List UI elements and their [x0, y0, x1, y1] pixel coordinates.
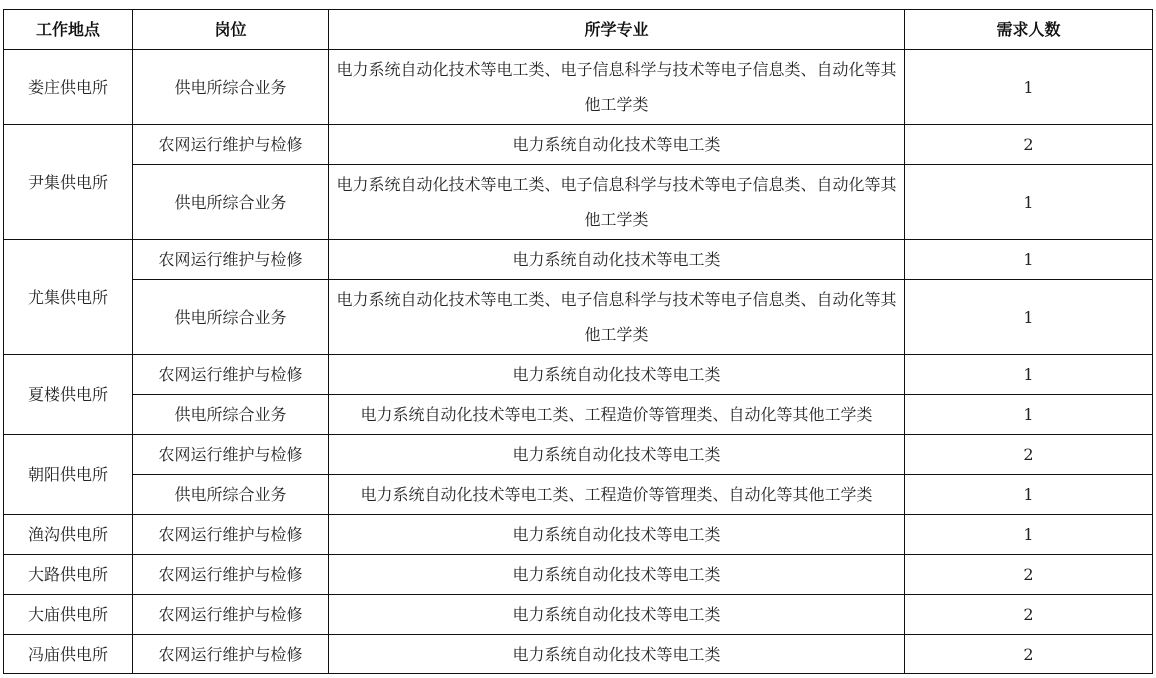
location-cell: 渔沟供电所: [4, 515, 133, 555]
header-row: 工作地点 岗位 所学专业 需求人数: [4, 10, 1153, 50]
header-position: 岗位: [133, 10, 329, 50]
table-row: 供电所综合业务 电力系统自动化技术等电工类、工程造价等管理类、自动化等其他工学类…: [4, 475, 1153, 515]
count-cell: 2: [905, 435, 1153, 475]
table-row: 尹集供电所 农网运行维护与检修 电力系统自动化技术等电工类 2: [4, 125, 1153, 165]
recruitment-table: 工作地点 岗位 所学专业 需求人数 娄庄供电所 供电所综合业务 电力系统自动化技…: [3, 9, 1153, 674]
major-cell: 电力系统自动化技术等电工类: [329, 125, 905, 165]
count-cell: 2: [905, 595, 1153, 635]
table-row: 渔沟供电所 农网运行维护与检修 电力系统自动化技术等电工类 1: [4, 515, 1153, 555]
location-cell: 娄庄供电所: [4, 50, 133, 125]
count-cell: 1: [905, 165, 1153, 240]
major-cell: 电力系统自动化技术等电工类: [329, 435, 905, 475]
major-cell: 电力系统自动化技术等电工类: [329, 595, 905, 635]
table-row: 娄庄供电所 供电所综合业务 电力系统自动化技术等电工类、电子信息科学与技术等电子…: [4, 50, 1153, 125]
count-cell: 1: [905, 395, 1153, 435]
table-row: 夏楼供电所 农网运行维护与检修 电力系统自动化技术等电工类 1: [4, 355, 1153, 395]
location-cell: 尹集供电所: [4, 125, 133, 240]
location-cell: 冯庙供电所: [4, 635, 133, 674]
position-cell: 农网运行维护与检修: [133, 125, 329, 165]
count-cell: 2: [905, 555, 1153, 595]
table-row: 供电所综合业务 电力系统自动化技术等电工类、电子信息科学与技术等电子信息类、自动…: [4, 165, 1153, 240]
count-cell: 1: [905, 280, 1153, 355]
count-cell: 1: [905, 355, 1153, 395]
major-cell: 电力系统自动化技术等电工类、工程造价等管理类、自动化等其他工学类: [329, 395, 905, 435]
position-cell: 供电所综合业务: [133, 475, 329, 515]
count-cell: 2: [905, 635, 1153, 674]
major-cell: 电力系统自动化技术等电工类: [329, 240, 905, 280]
count-cell: 1: [905, 475, 1153, 515]
table-row: 供电所综合业务 电力系统自动化技术等电工类、电子信息科学与技术等电子信息类、自动…: [4, 280, 1153, 355]
major-cell: 电力系统自动化技术等电工类: [329, 355, 905, 395]
major-cell: 电力系统自动化技术等电工类、电子信息科学与技术等电子信息类、自动化等其他工学类: [329, 165, 905, 240]
major-cell: 电力系统自动化技术等电工类: [329, 515, 905, 555]
location-cell: 大路供电所: [4, 555, 133, 595]
major-cell: 电力系统自动化技术等电工类: [329, 635, 905, 674]
position-cell: 供电所综合业务: [133, 280, 329, 355]
location-cell: 大庙供电所: [4, 595, 133, 635]
table-row: 大庙供电所 农网运行维护与检修 电力系统自动化技术等电工类 2: [4, 595, 1153, 635]
count-cell: 1: [905, 515, 1153, 555]
major-cell: 电力系统自动化技术等电工类、工程造价等管理类、自动化等其他工学类: [329, 475, 905, 515]
table-row: 朝阳供电所 农网运行维护与检修 电力系统自动化技术等电工类 2: [4, 435, 1153, 475]
location-cell: 朝阳供电所: [4, 435, 133, 515]
header-location: 工作地点: [4, 10, 133, 50]
count-cell: 2: [905, 125, 1153, 165]
position-cell: 供电所综合业务: [133, 50, 329, 125]
count-cell: 1: [905, 240, 1153, 280]
count-cell: 1: [905, 50, 1153, 125]
position-cell: 农网运行维护与检修: [133, 355, 329, 395]
location-cell: 夏楼供电所: [4, 355, 133, 435]
position-cell: 供电所综合业务: [133, 395, 329, 435]
position-cell: 农网运行维护与检修: [133, 555, 329, 595]
major-cell: 电力系统自动化技术等电工类、电子信息科学与技术等电子信息类、自动化等其他工学类: [329, 280, 905, 355]
table-row: 供电所综合业务 电力系统自动化技术等电工类、工程造价等管理类、自动化等其他工学类…: [4, 395, 1153, 435]
table-row: 尤集供电所 农网运行维护与检修 电力系统自动化技术等电工类 1: [4, 240, 1153, 280]
location-cell: 尤集供电所: [4, 240, 133, 355]
position-cell: 农网运行维护与检修: [133, 595, 329, 635]
position-cell: 农网运行维护与检修: [133, 240, 329, 280]
position-cell: 农网运行维护与检修: [133, 515, 329, 555]
table-row: 大路供电所 农网运行维护与检修 电力系统自动化技术等电工类 2: [4, 555, 1153, 595]
major-cell: 电力系统自动化技术等电工类、电子信息科学与技术等电子信息类、自动化等其他工学类: [329, 50, 905, 125]
position-cell: 农网运行维护与检修: [133, 435, 329, 475]
position-cell: 农网运行维护与检修: [133, 635, 329, 674]
header-count: 需求人数: [905, 10, 1153, 50]
major-cell: 电力系统自动化技术等电工类: [329, 555, 905, 595]
position-cell: 供电所综合业务: [133, 165, 329, 240]
header-major: 所学专业: [329, 10, 905, 50]
table-row: 冯庙供电所 农网运行维护与检修 电力系统自动化技术等电工类 2: [4, 635, 1153, 674]
